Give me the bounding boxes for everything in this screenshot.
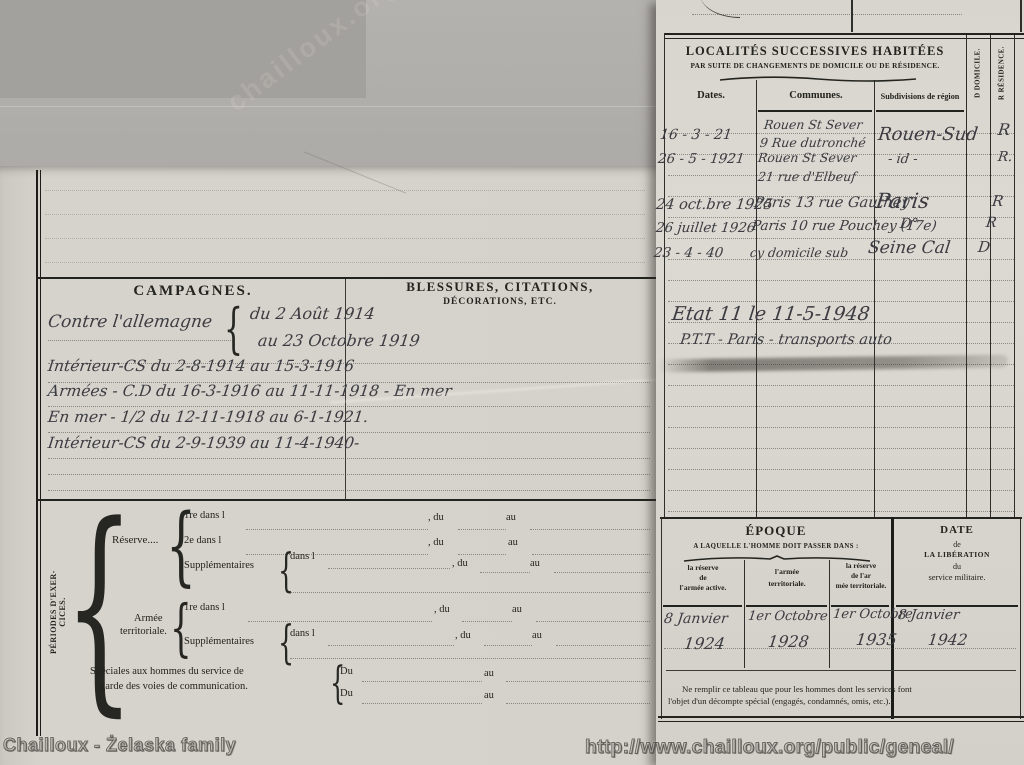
epoque-col2-header: territoriale. <box>746 580 828 589</box>
au-label: au <box>512 604 522 616</box>
row-subdivision: - id - <box>887 153 918 167</box>
dotted-rule <box>692 14 962 15</box>
au-label: au <box>532 630 542 642</box>
dotted-rule <box>458 554 506 555</box>
date-col-header: DATE <box>894 524 1020 537</box>
dotted-rule <box>484 645 532 646</box>
du-cap-label: Du <box>340 666 353 678</box>
speciales-label-line2: garde des voies de communication. <box>100 681 248 693</box>
epoque-col3-header: de l'ar <box>831 572 891 580</box>
col-divider-dates <box>756 80 757 518</box>
armee-label-line2: territoriale. <box>120 626 167 638</box>
blessures-subtitle: DÉCORATIONS, ETC. <box>352 297 648 308</box>
dotted-rule <box>668 406 1014 407</box>
brace-glyph: { <box>170 598 192 658</box>
du-label: , du <box>428 537 444 549</box>
row-date: 23 - 4 - 40 <box>653 246 724 260</box>
table-fragment-rule <box>851 0 853 32</box>
dotted-rule <box>480 572 530 573</box>
au-label: au <box>506 512 516 524</box>
dotted-rule <box>668 511 1014 512</box>
epoque-value: 1942 <box>927 632 968 648</box>
row-domicile-residence: R <box>991 194 1004 210</box>
col-divider-subdivisions <box>966 35 967 518</box>
dotted-rule <box>668 238 1014 239</box>
epoque-right-border <box>1020 517 1021 719</box>
double-rule-bottom <box>658 716 1024 718</box>
scanned-military-record: chailloux.org CAMPAGNES. BLESSURES, CITA… <box>0 0 1024 765</box>
watermark-url: http://www.chailloux.org/public/geneal/ <box>585 736 954 759</box>
col-header-communes: Communes. <box>758 90 874 102</box>
du-label: , du <box>434 604 450 616</box>
wavy-divider <box>718 74 918 84</box>
row-date: 26 - 5 - 1921 <box>657 152 745 166</box>
epoque-subtitle: A LAQUELLE L'HOMME DOIT PASSER DANS : <box>661 543 891 551</box>
dotted-rule <box>362 681 482 682</box>
dotted-rule <box>246 529 428 530</box>
au-label: au <box>530 558 540 570</box>
row-subdivision: Paris <box>875 190 931 212</box>
localites-subtitle: PAR SUITE DE CHANGEMENTS DE DOMICILE OU … <box>664 62 966 70</box>
dotted-rule <box>664 648 1016 649</box>
row-label-deuxieme: 2e dans l <box>184 535 221 547</box>
row-label-dans: dans l <box>290 551 315 563</box>
campagne-entry: Contre l'allemagne <box>47 314 213 332</box>
dotted-rule <box>328 645 454 646</box>
epoque-col2-header: l'armée <box>746 568 828 577</box>
armee-label-line1: Armée <box>134 613 163 625</box>
paper-fold-line <box>0 106 658 107</box>
dotted-rule <box>45 262 645 263</box>
epoque-col1-header: l'armée active. <box>662 584 744 593</box>
dotted-rule <box>668 385 1014 386</box>
dotted-rule <box>48 458 650 459</box>
dotted-rule <box>668 301 1014 302</box>
row-subdivision: Seine Cal <box>867 240 951 258</box>
dotted-rule <box>668 469 1014 470</box>
row-label-dans: dans l <box>290 628 315 640</box>
date-col-header: de <box>894 540 1020 549</box>
reserve-label: Réserve.... <box>112 534 158 547</box>
dotted-rule <box>248 621 432 622</box>
dotted-rule <box>48 432 650 433</box>
dotted-rule <box>462 621 512 622</box>
col-header-subdivisions: Subdivisions de région <box>872 92 968 101</box>
dotted-rule <box>48 406 650 407</box>
subheader-underline <box>746 605 827 607</box>
row-subdivision: Rouen-Sud <box>877 126 979 145</box>
epoque-value: 1924 <box>683 636 726 653</box>
row-commune-line2: 9 Rue dutronché <box>759 136 866 149</box>
epoque-col3-header: mée territoriale. <box>828 582 894 590</box>
dotted-rule <box>328 568 450 569</box>
col-header-residence: R RÉSIDENCE. <box>999 46 1006 100</box>
dotted-rule <box>458 529 506 530</box>
brace-glyph: { <box>224 302 243 355</box>
dotted-rule <box>668 490 1014 491</box>
dotted-rule <box>48 490 650 491</box>
campagne-entry: au 23 Octobre 1919 <box>257 333 421 350</box>
dotted-rule <box>532 554 650 555</box>
du-label: , du <box>455 630 471 642</box>
row-label-supplementaires: Supplémentaires <box>184 560 254 572</box>
double-rule-top <box>664 33 1024 35</box>
row-subdivision: D° <box>899 217 919 232</box>
header-underline <box>876 110 964 112</box>
row-domicile-residence: R. <box>997 150 1013 164</box>
epoque-title: ÉPOQUE <box>661 524 891 539</box>
col-header-domicile: D DOMICILE. <box>975 48 982 98</box>
epoque-note-divider <box>666 670 1016 671</box>
dotted-rule <box>506 703 650 704</box>
epoque-value: 1935 <box>855 632 898 649</box>
double-rule-bottom-thin <box>658 721 1024 722</box>
blessures-title: BLESSURES, CITATIONS, <box>352 280 648 295</box>
epoque-value: 8 Janvier <box>663 612 729 627</box>
date-col-header: service militaire. <box>894 573 1020 583</box>
du-label: , du <box>452 558 468 570</box>
dotted-rule <box>556 645 650 646</box>
epoque-col1-header: de <box>662 574 744 583</box>
date-col-header: LA LIBÉRATION <box>894 551 1020 560</box>
dotted-rule <box>48 474 650 475</box>
row-commune: Rouen St Sever <box>757 151 857 164</box>
col-divider-communes <box>874 80 875 518</box>
table-right-border <box>1014 35 1015 518</box>
table-left-border <box>664 33 665 518</box>
row-date: 26 juillet 1926 <box>655 221 756 235</box>
dotted-rule <box>506 681 650 682</box>
row-commune-line2: 21 rue d'Elbeuf <box>757 170 857 183</box>
row-commune: Rouen St Sever <box>763 118 863 131</box>
dotted-rule <box>530 529 650 530</box>
date-col-header: du <box>894 562 1020 571</box>
row-domicile-residence: R <box>985 216 997 231</box>
epoque-value: 8 Janvier <box>897 608 960 622</box>
annotation-line1: Etat 11 le 11-5-1948 <box>671 305 871 325</box>
du-label: , du <box>428 512 444 524</box>
table-fragment-rule <box>1020 0 1022 32</box>
campagne-entry: du 2 Août 1914 <box>249 306 376 323</box>
col-header-dates: Dates. <box>666 90 756 102</box>
dotted-rule <box>45 214 645 215</box>
dotted-rule <box>668 427 1014 428</box>
col-divider-domicile <box>990 35 991 518</box>
epoque-col3-header: la réserve <box>831 562 891 570</box>
row-date: 16 - 3 - 21 <box>659 128 733 143</box>
campagnes-title: CAMPAGNES. <box>58 283 328 300</box>
au-label: au <box>484 668 494 680</box>
au-label: au <box>508 537 518 549</box>
epoque-note-line2: l'objet d'un décompte spécial (engagés, … <box>668 696 891 706</box>
double-rule-top-thin <box>664 38 1024 39</box>
page-spine-rule <box>36 170 41 736</box>
row-label-supplementaires: Supplémentaires <box>184 636 254 648</box>
dotted-rule <box>362 703 482 704</box>
periodes-side-label-line1: PÉRIODES D'EXER- <box>49 570 58 654</box>
dotted-rule <box>246 554 428 555</box>
campagne-entry: Intérieur-CS du 2-8-1914 au 15-3-1916 <box>47 358 355 374</box>
dotted-rule <box>554 572 650 573</box>
dotted-rule <box>668 448 1014 449</box>
epoque-col-divider <box>829 560 830 668</box>
dotted-rule <box>536 621 650 622</box>
du-cap-label: Du <box>340 688 353 700</box>
speciales-label-line1: Spéciales aux hommes du service de <box>90 666 244 678</box>
dotted-rule <box>45 190 645 191</box>
au-label: au <box>484 690 494 702</box>
epoque-value: 1er Octobre <box>747 610 828 624</box>
dotted-rule <box>290 592 650 593</box>
epoque-note-line1: Ne remplir ce tableau que pour les homme… <box>682 684 912 694</box>
localites-title: LOCALITÉS SUCCESSIVES HABITÉES <box>664 44 966 58</box>
epoque-top-rule <box>660 517 1022 519</box>
header-underline <box>758 110 872 112</box>
row-domicile-residence: D <box>977 240 991 256</box>
dotted-rule <box>668 280 1014 281</box>
annotation-line2: P.T.T - Paris - transports auto <box>679 333 893 348</box>
subheader-underline <box>663 605 742 607</box>
dotted-rule <box>45 238 645 239</box>
row-commune: cy domicile sub <box>749 246 849 259</box>
epoque-col1-header: la réserve <box>662 564 744 573</box>
campagne-entry: En mer - 1/2 du 12-11-1918 au 6-1-1921. <box>47 409 369 425</box>
dotted-rule <box>48 340 233 341</box>
row-label-premiere: 1re dans l <box>184 510 225 522</box>
row-domicile-residence: R <box>997 122 1011 139</box>
epoque-col-divider <box>744 560 745 668</box>
campagne-entry: Intérieur-CS du 2-9-1939 au 11-4-1940- <box>47 435 360 451</box>
watermark-family-name: Chailloux - Żelaska family <box>3 735 236 756</box>
